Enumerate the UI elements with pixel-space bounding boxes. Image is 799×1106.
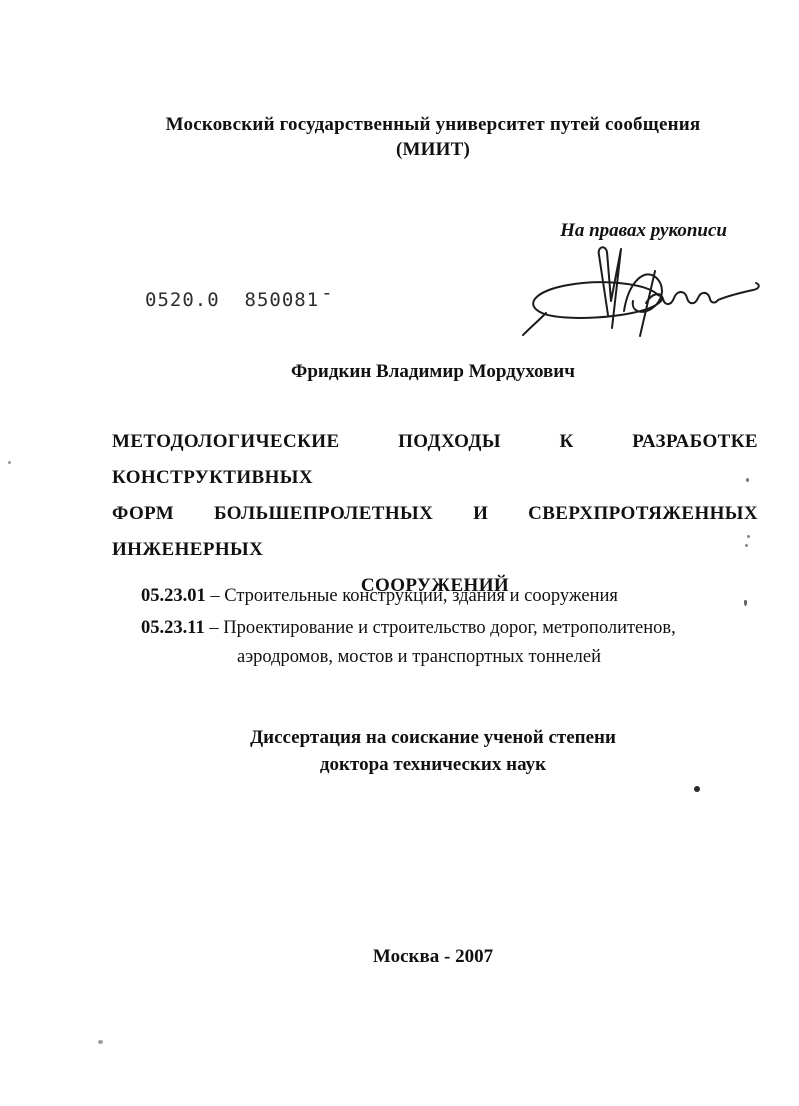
scan-speck: [8, 461, 11, 464]
signature-descender-stroke: [640, 271, 655, 336]
specialty-code-2: 05.23.11: [141, 618, 205, 638]
scan-speck: [744, 600, 747, 606]
specialty-code-1: 05.23.01: [141, 586, 206, 606]
degree-line-1: Диссертация на соискание ученой степени: [67, 724, 799, 751]
specialty-name-2-continuation: аэродромов, мостов и транспортных тоннел…: [141, 646, 697, 668]
university-abbrev: (МИИТ): [67, 137, 799, 162]
signature-tail-stroke: [523, 313, 546, 335]
catalog-stamp-mark: -: [321, 282, 333, 304]
manuscript-note: На правах рукописи: [67, 220, 727, 242]
catalog-stamp-number: 0520.0 850081: [145, 289, 319, 311]
signature: [520, 243, 770, 338]
scan-speck: [694, 786, 700, 792]
scan-speck: [747, 535, 750, 538]
signature-wave-stroke: [646, 283, 759, 304]
university-header: Московский государственный университет п…: [67, 112, 799, 162]
specialty-name-1: – Строительные конструкции, здания и соо…: [210, 586, 618, 606]
specialty-name-2: – Проектирование и строительство дорог, …: [209, 618, 675, 638]
scan-speck: [98, 1040, 103, 1044]
scanned-title-page: Московский государственный университет п…: [0, 0, 799, 1106]
author-name: Фридкин Владимир Мордухович: [67, 361, 799, 383]
title-line-2: ФОРМ БОЛЬШЕПРОЛЕТНЫХ И СВЕРХПРОТЯЖЕННЫХ …: [112, 496, 758, 568]
catalog-stamp: 0520.0 850081-: [145, 289, 334, 311]
imprint: Москва - 2007: [67, 946, 799, 968]
scan-speck: [745, 544, 748, 547]
scan-speck: [746, 478, 749, 482]
dissertation-title: МЕТОДОЛОГИЧЕСКИЕ ПОДХОДЫ К РАЗРАБОТКЕ КО…: [112, 424, 758, 604]
specialty-item-2: 05.23.11 – Проектирование и строительств…: [141, 617, 676, 639]
degree-statement: Диссертация на соискание ученой степени …: [67, 724, 799, 778]
university-name: Московский государственный университет п…: [67, 112, 799, 137]
degree-line-2: доктора технических наук: [67, 751, 799, 778]
specialty-item-1: 05.23.01 – Строительные конструкции, зда…: [141, 585, 618, 607]
title-line-1: МЕТОДОЛОГИЧЕСКИЕ ПОДХОДЫ К РАЗРАБОТКЕ КО…: [112, 424, 758, 496]
